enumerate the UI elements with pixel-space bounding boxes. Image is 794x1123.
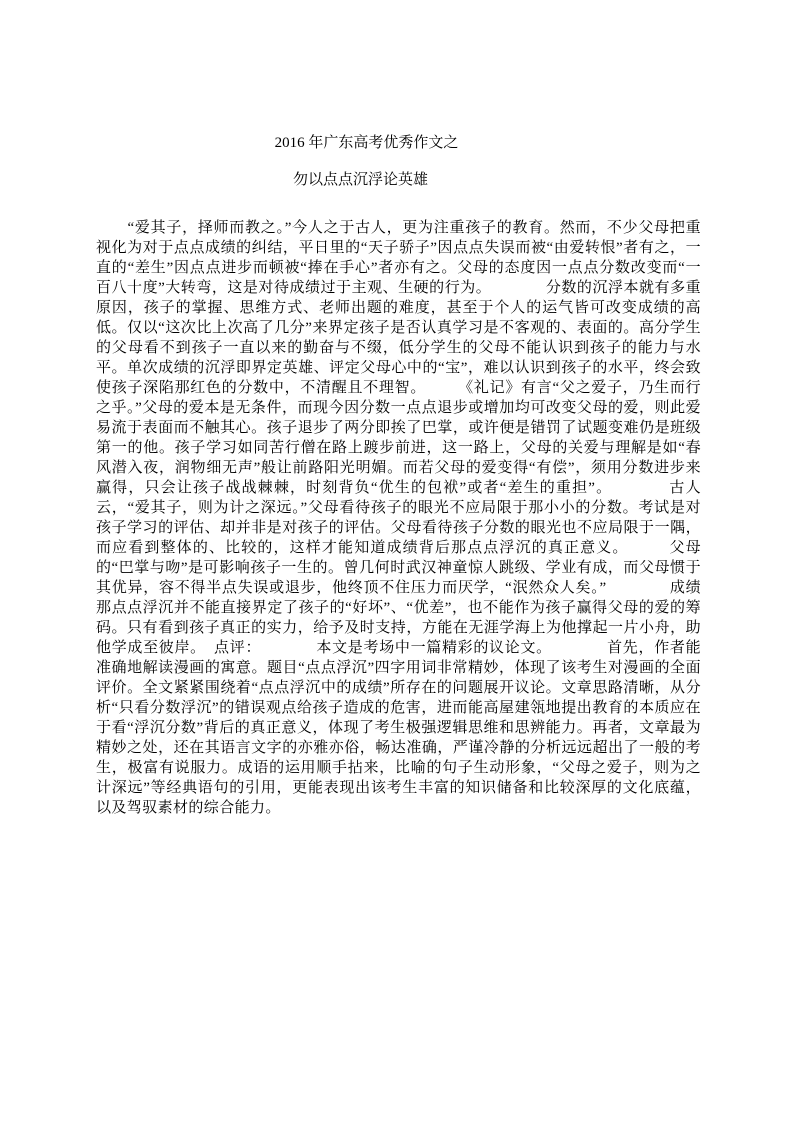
document-subtitle: 勿以点点沉浮论英雄: [58, 170, 663, 190]
essay-body-text: “爱其子，择师而教之。”今人之于古人，更为注重孩子的教育。然而，不少父母把重视化…: [96, 218, 701, 818]
document-page: 2016 年广东高考优秀作文之 勿以点点沉浮论英雄 “爱其子，择师而教之。”今人…: [0, 0, 794, 1123]
document-title: 2016 年广东高考优秀作文之: [64, 133, 669, 153]
